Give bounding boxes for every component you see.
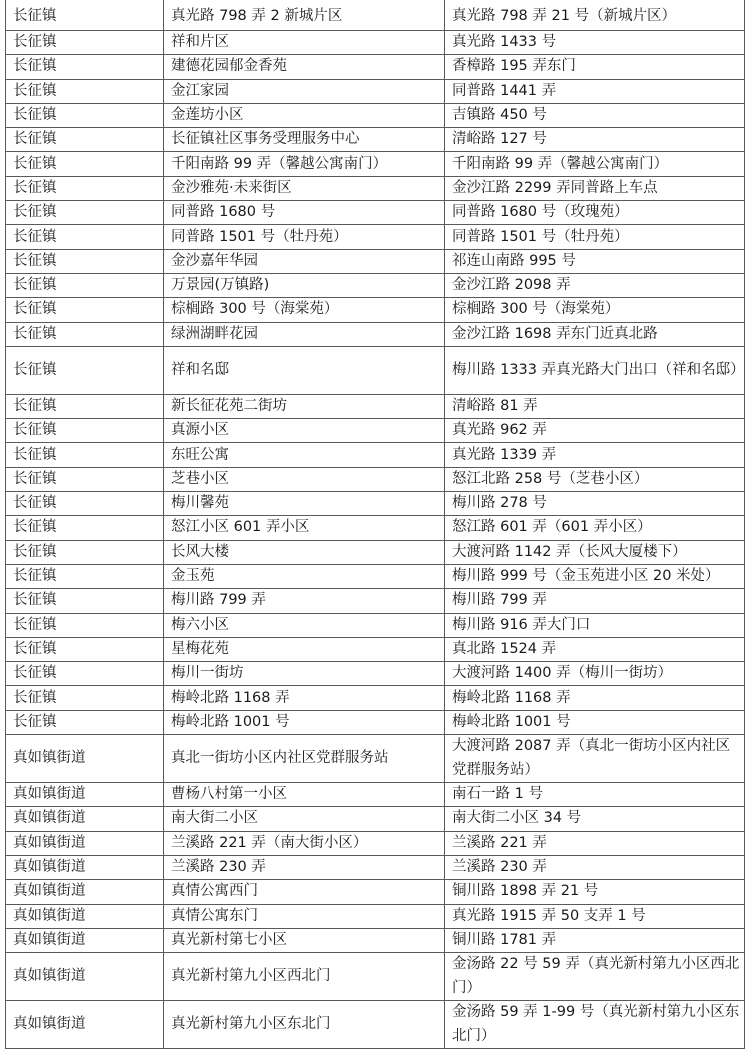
town-cell: 长征镇 (6, 637, 164, 661)
town-cell: 长征镇 (6, 152, 164, 176)
town-cell: 长征镇 (6, 662, 164, 686)
address-cell: 梅岭北路 1001 号 (445, 710, 745, 734)
table-row: 长征镇梅川一街坊大渡河路 1400 弄（梅川一街坊） (6, 662, 745, 686)
address-cell: 同普路 1680 号（玫瑰苑） (445, 201, 745, 225)
table-row: 真如镇街道真光新村第九小区西北门金汤路 22 号 59 弄（真光新村第九小区西北… (6, 953, 745, 1001)
address-cell: 大渡河路 1142 弄（长风大厦楼下） (445, 540, 745, 564)
table-row: 长征镇同普路 1680 号同普路 1680 号（玫瑰苑） (6, 201, 745, 225)
address-cell: 同普路 1501 号（牡丹苑） (445, 225, 745, 249)
site-name-cell: 绿洲湖畔花园 (164, 322, 445, 346)
town-cell: 长征镇 (6, 322, 164, 346)
site-name-cell: 星梅花苑 (164, 637, 445, 661)
town-cell: 长征镇 (6, 273, 164, 297)
address-cell: 铜川路 1898 弄 21 号 (445, 880, 745, 904)
address-cell: 真北路 1524 弄 (445, 637, 745, 661)
site-name-cell: 建德花园郁金香苑 (164, 55, 445, 79)
address-cell: 真光路 1433 号 (445, 31, 745, 55)
table-row: 长征镇金莲坊小区吉镇路 450 号 (6, 103, 745, 127)
table-body: 长征镇真光路 798 弄 2 新城片区真光路 798 弄 21 号（新城片区）长… (6, 0, 745, 1049)
site-name-cell: 棕榈路 300 号（海棠苑） (164, 298, 445, 322)
table-row: 真如镇街道兰溪路 221 弄（南大街小区）兰溪路 221 弄 (6, 831, 745, 855)
town-cell: 长征镇 (6, 0, 164, 31)
site-name-cell: 怒江小区 601 弄小区 (164, 516, 445, 540)
address-cell: 真光路 1915 弄 50 支弄 1 号 (445, 904, 745, 928)
table-row: 真如镇街道真情公寓东门真光路 1915 弄 50 支弄 1 号 (6, 904, 745, 928)
table-row: 长征镇同普路 1501 号（牡丹苑）同普路 1501 号（牡丹苑） (6, 225, 745, 249)
site-name-cell: 同普路 1680 号 (164, 201, 445, 225)
site-name-cell: 梅川路 799 弄 (164, 589, 445, 613)
site-name-cell: 祥和片区 (164, 31, 445, 55)
town-cell: 长征镇 (6, 249, 164, 273)
address-cell: 吉镇路 450 号 (445, 103, 745, 127)
table-row: 真如镇街道南大街二小区南大街二小区 34 号 (6, 807, 745, 831)
site-name-cell: 祥和名邸 (164, 346, 445, 394)
site-name-cell: 真光新村第七小区 (164, 928, 445, 952)
table-row: 真如镇街道真光新村第九小区东北门金汤路 59 弄 1-99 号（真光新村第九小区… (6, 1001, 745, 1049)
town-cell: 真如镇街道 (6, 783, 164, 807)
table-row: 长征镇怒江小区 601 弄小区怒江路 601 弄（601 弄小区） (6, 516, 745, 540)
address-cell: 金沙江路 2299 弄同普路上车点 (445, 176, 745, 200)
site-name-cell: 长风大楼 (164, 540, 445, 564)
table-row: 长征镇梅川馨苑梅川路 278 号 (6, 492, 745, 516)
town-cell: 长征镇 (6, 201, 164, 225)
town-cell: 真如镇街道 (6, 855, 164, 879)
table-row: 长征镇棕榈路 300 号（海棠苑）棕榈路 300 号（海棠苑） (6, 298, 745, 322)
address-cell: 真光路 962 弄 (445, 419, 745, 443)
site-name-cell: 真光路 798 弄 2 新城片区 (164, 0, 445, 31)
address-cell: 真光路 798 弄 21 号（新城片区） (445, 0, 745, 31)
table-row: 长征镇梅六小区梅川路 916 弄大门口 (6, 613, 745, 637)
site-name-cell: 金玉苑 (164, 564, 445, 588)
site-name-cell: 真北一街坊小区内社区党群服务站 (164, 735, 445, 783)
table-row: 长征镇金沙雅苑·未来街区金沙江路 2299 弄同普路上车点 (6, 176, 745, 200)
site-name-cell: 新长征花苑二街坊 (164, 394, 445, 418)
table-row: 长征镇长风大楼大渡河路 1142 弄（长风大厦楼下） (6, 540, 745, 564)
site-name-cell: 金莲坊小区 (164, 103, 445, 127)
site-name-cell: 梅川一街坊 (164, 662, 445, 686)
town-cell: 长征镇 (6, 225, 164, 249)
site-name-cell: 兰溪路 230 弄 (164, 855, 445, 879)
table-row: 长征镇真源小区真光路 962 弄 (6, 419, 745, 443)
table-row: 真如镇街道兰溪路 230 弄兰溪路 230 弄 (6, 855, 745, 879)
address-cell: 铜川路 1781 弄 (445, 928, 745, 952)
town-cell: 长征镇 (6, 710, 164, 734)
town-cell: 真如镇街道 (6, 1001, 164, 1049)
address-cell: 梅川路 799 弄 (445, 589, 745, 613)
address-cell: 梅岭北路 1168 弄 (445, 686, 745, 710)
town-cell: 真如镇街道 (6, 904, 164, 928)
address-cell: 祁连山南路 995 号 (445, 249, 745, 273)
address-cell: 大渡河路 1400 弄（梅川一街坊） (445, 662, 745, 686)
address-cell: 同普路 1441 弄 (445, 79, 745, 103)
site-name-cell: 真光新村第九小区东北门 (164, 1001, 445, 1049)
town-cell: 长征镇 (6, 564, 164, 588)
address-cell: 兰溪路 230 弄 (445, 855, 745, 879)
address-cell: 怒江北路 258 号（芝巷小区） (445, 467, 745, 491)
town-cell: 真如镇街道 (6, 880, 164, 904)
table-row: 真如镇街道真情公寓西门铜川路 1898 弄 21 号 (6, 880, 745, 904)
table-row: 长征镇金沙嘉年华园祁连山南路 995 号 (6, 249, 745, 273)
table-row: 长征镇金江家园同普路 1441 弄 (6, 79, 745, 103)
site-name-cell: 真情公寓东门 (164, 904, 445, 928)
table-row: 长征镇星梅花苑真北路 1524 弄 (6, 637, 745, 661)
address-cell: 兰溪路 221 弄 (445, 831, 745, 855)
address-cell: 香樟路 195 弄东门 (445, 55, 745, 79)
address-cell: 梅川路 999 号（金玉苑进小区 20 米处） (445, 564, 745, 588)
town-cell: 长征镇 (6, 298, 164, 322)
address-cell: 金沙江路 2098 弄 (445, 273, 745, 297)
table-row: 长征镇万景园(万镇路)金沙江路 2098 弄 (6, 273, 745, 297)
site-name-cell: 真情公寓西门 (164, 880, 445, 904)
site-name-cell: 梅岭北路 1168 弄 (164, 686, 445, 710)
town-cell: 真如镇街道 (6, 953, 164, 1001)
address-cell: 梅川路 916 弄大门口 (445, 613, 745, 637)
address-cell: 大渡河路 2087 弄（真北一街坊小区内社区党群服务站） (445, 735, 745, 783)
site-name-cell: 曹杨八村第一小区 (164, 783, 445, 807)
site-name-cell: 千阳南路 99 弄（馨越公寓南门） (164, 152, 445, 176)
site-name-cell: 东旺公寓 (164, 443, 445, 467)
town-cell: 长征镇 (6, 346, 164, 394)
town-cell: 长征镇 (6, 394, 164, 418)
address-cell: 怒江路 601 弄（601 弄小区） (445, 516, 745, 540)
town-cell: 长征镇 (6, 176, 164, 200)
town-cell: 长征镇 (6, 55, 164, 79)
address-table: 长征镇真光路 798 弄 2 新城片区真光路 798 弄 21 号（新城片区）长… (5, 0, 745, 1049)
town-cell: 长征镇 (6, 686, 164, 710)
address-cell: 南石一路 1 号 (445, 783, 745, 807)
town-cell: 长征镇 (6, 79, 164, 103)
site-name-cell: 金沙嘉年华园 (164, 249, 445, 273)
town-cell: 长征镇 (6, 613, 164, 637)
site-name-cell: 芝巷小区 (164, 467, 445, 491)
address-cell: 金汤路 22 号 59 弄（真光新村第九小区西北门） (445, 953, 745, 1001)
site-name-cell: 金江家园 (164, 79, 445, 103)
town-cell: 长征镇 (6, 467, 164, 491)
address-cell: 清峪路 81 弄 (445, 394, 745, 418)
table-row: 长征镇长征镇社区事务受理服务中心清峪路 127 号 (6, 128, 745, 152)
town-cell: 真如镇街道 (6, 807, 164, 831)
address-cell: 清峪路 127 号 (445, 128, 745, 152)
table-row: 长征镇祥和名邸梅川路 1333 弄真光路大门出口（祥和名邸） (6, 346, 745, 394)
table-row: 长征镇芝巷小区怒江北路 258 号（芝巷小区） (6, 467, 745, 491)
site-name-cell: 兰溪路 221 弄（南大街小区） (164, 831, 445, 855)
site-name-cell: 南大街二小区 (164, 807, 445, 831)
town-cell: 长征镇 (6, 128, 164, 152)
table-row: 长征镇新长征花苑二街坊清峪路 81 弄 (6, 394, 745, 418)
address-cell: 南大街二小区 34 号 (445, 807, 745, 831)
table-row: 长征镇祥和片区真光路 1433 号 (6, 31, 745, 55)
town-cell: 长征镇 (6, 103, 164, 127)
address-cell: 梅川路 1333 弄真光路大门出口（祥和名邸） (445, 346, 745, 394)
site-name-cell: 同普路 1501 号（牡丹苑） (164, 225, 445, 249)
table-row: 长征镇东旺公寓真光路 1339 弄 (6, 443, 745, 467)
table-row: 长征镇真光路 798 弄 2 新城片区真光路 798 弄 21 号（新城片区） (6, 0, 745, 31)
town-cell: 长征镇 (6, 419, 164, 443)
address-cell: 真光路 1339 弄 (445, 443, 745, 467)
town-cell: 真如镇街道 (6, 928, 164, 952)
site-name-cell: 万景园(万镇路) (164, 273, 445, 297)
table-row: 长征镇千阳南路 99 弄（馨越公寓南门）千阳南路 99 弄（馨越公寓南门） (6, 152, 745, 176)
address-cell: 棕榈路 300 号（海棠苑） (445, 298, 745, 322)
town-cell: 真如镇街道 (6, 831, 164, 855)
site-name-cell: 真源小区 (164, 419, 445, 443)
town-cell: 真如镇街道 (6, 735, 164, 783)
town-cell: 长征镇 (6, 31, 164, 55)
site-name-cell: 金沙雅苑·未来街区 (164, 176, 445, 200)
table-row: 真如镇街道真光新村第七小区铜川路 1781 弄 (6, 928, 745, 952)
table-row: 真如镇街道曹杨八村第一小区南石一路 1 号 (6, 783, 745, 807)
address-cell: 金汤路 59 弄 1-99 号（真光新村第九小区东北门） (445, 1001, 745, 1049)
table-row: 长征镇绿洲湖畔花园金沙江路 1698 弄东门近真北路 (6, 322, 745, 346)
town-cell: 长征镇 (6, 540, 164, 564)
town-cell: 长征镇 (6, 443, 164, 467)
site-name-cell: 真光新村第九小区西北门 (164, 953, 445, 1001)
address-cell: 金沙江路 1698 弄东门近真北路 (445, 322, 745, 346)
site-name-cell: 梅六小区 (164, 613, 445, 637)
town-cell: 长征镇 (6, 492, 164, 516)
table-row: 长征镇金玉苑梅川路 999 号（金玉苑进小区 20 米处） (6, 564, 745, 588)
table-row: 真如镇街道真北一街坊小区内社区党群服务站大渡河路 2087 弄（真北一街坊小区内… (6, 735, 745, 783)
table-row: 长征镇梅岭北路 1001 号梅岭北路 1001 号 (6, 710, 745, 734)
town-cell: 长征镇 (6, 516, 164, 540)
site-name-cell: 长征镇社区事务受理服务中心 (164, 128, 445, 152)
address-cell: 千阳南路 99 弄（馨越公寓南门） (445, 152, 745, 176)
address-table-container: 长征镇真光路 798 弄 2 新城片区真光路 798 弄 21 号（新城片区）长… (5, 0, 744, 1049)
table-row: 长征镇梅川路 799 弄梅川路 799 弄 (6, 589, 745, 613)
table-row: 长征镇梅岭北路 1168 弄梅岭北路 1168 弄 (6, 686, 745, 710)
town-cell: 长征镇 (6, 589, 164, 613)
site-name-cell: 梅岭北路 1001 号 (164, 710, 445, 734)
table-row: 长征镇建德花园郁金香苑香樟路 195 弄东门 (6, 55, 745, 79)
site-name-cell: 梅川馨苑 (164, 492, 445, 516)
address-cell: 梅川路 278 号 (445, 492, 745, 516)
